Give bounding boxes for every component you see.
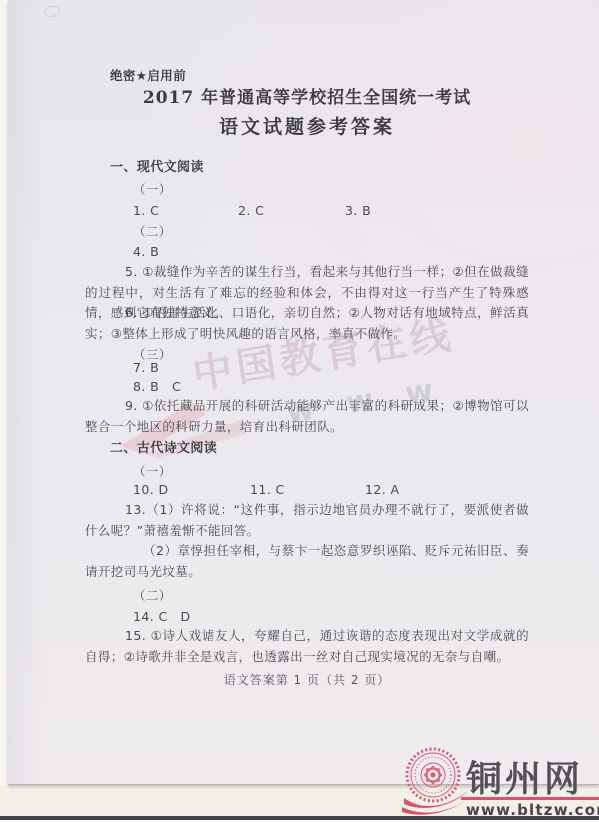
answer-q4: 4. B	[85, 242, 577, 263]
photo-left-margin	[0, 0, 8, 784]
brand-underline	[461, 797, 599, 800]
answer-q13-2: （2）章惇担任宰相，与蔡卞一起恣意罗织诬陷、贬斥元祐旧臣、奏请开挖司马光坟墓。	[85, 541, 529, 582]
answer-q10: 10. D	[133, 480, 250, 501]
exam-title: 2017 年普通高等学校招生全国统一考试	[85, 88, 529, 109]
answer-q15: 15. ①诗人戏谑友人，夸耀自己，通过诙谐的态度表现出对文学成就的自得；②诗歌并…	[85, 626, 529, 667]
page-number-footer: 语文答案第 1 页（共 2 页）	[85, 670, 529, 691]
answer-q12: 12. A	[365, 480, 399, 501]
answer-q14: 14. C D	[85, 607, 577, 628]
answer-q6: 6. ①语言生活化、口语化，亲切自然；②人物对话有地域特点，鲜活真实；③整体上形…	[85, 303, 529, 344]
security-notice: 绝密★启用前	[85, 66, 554, 87]
section2-heading: 二、古代诗文阅读	[85, 439, 554, 460]
answer-q11: 11. C	[250, 480, 365, 501]
answers-q10-q12: 10. D 11. C 12. A	[85, 480, 577, 501]
site-name-watermark: 铜州网	[466, 751, 583, 802]
answer-q8: 8. B C	[85, 377, 577, 398]
answer-q1: 1. C	[133, 201, 238, 222]
section2-part2-label: （二）	[85, 586, 577, 607]
scanned-answer-sheet-photo: 中国教育在线 w w w 绝密★启用前 2017 年普通高等学校招生全国统一考试…	[0, 0, 599, 823]
answer-q2: 2. C	[238, 201, 345, 222]
answer-q3: 3. B	[345, 201, 371, 222]
site-url-watermark: www.bltzw.com	[466, 801, 599, 819]
answer-sheet-title: 语文试题参考答案	[85, 117, 529, 138]
answer-q13-1: 13.（1）许将说：“这件事，指示边地官员办理不就行了，要派使者做什么呢？”萧禧…	[85, 500, 529, 541]
answer-q9: 9. ①依托藏品开展的科研活动能够产出丰富的科研成果；②博物馆可以整合一个地区的…	[85, 396, 529, 437]
answer-q7: 7. B	[85, 358, 577, 379]
section1-part1-label: （一）	[85, 180, 577, 201]
section1-heading: 一、现代文阅读	[85, 158, 554, 179]
section1-part2-label: （二）	[85, 222, 577, 243]
red-seal-logo-icon	[402, 746, 468, 820]
answers-q1-q3: 1. C 2. C 3. B	[85, 201, 577, 222]
